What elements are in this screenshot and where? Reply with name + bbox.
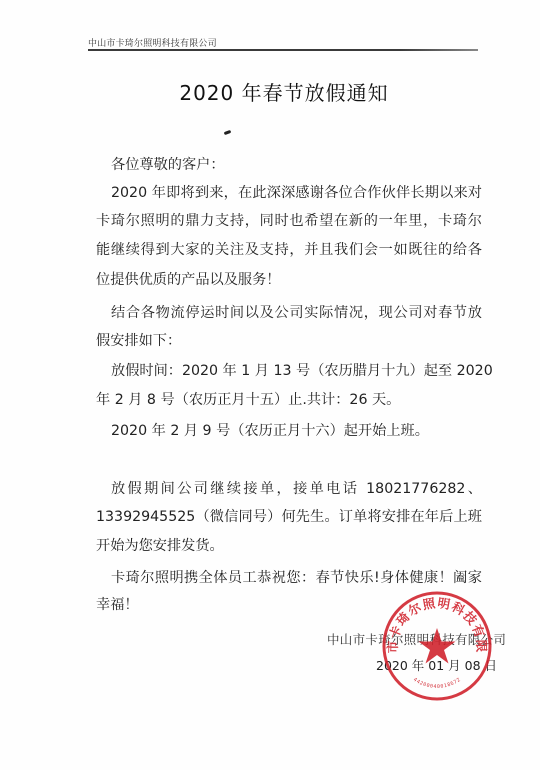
body-line: 年 2 月 8 号（农历正月十五）止.共计：26 天。 xyxy=(96,391,400,409)
body-line: 2020 年 2 月 9 号（农历正月十六）起开始上班。 xyxy=(111,422,429,440)
svg-text:4420004001867Z: 4420004001867Z xyxy=(412,677,462,690)
body-line: 开始为您安排发货。 xyxy=(96,537,224,555)
notice-title: 2020 年春节放假通知 xyxy=(0,77,540,106)
body-line: 假安排如下： xyxy=(96,332,181,350)
body-line: 卡琦尔照明携全体员工恭祝您：春节快乐!身体健康！阖家 xyxy=(111,569,482,587)
body-line: 2020 年即将到来，在此深深感谢各位合作伙伴长期以来对 xyxy=(111,184,482,202)
body-line: 能继续得到大家的关注及支持，并且我们会一如既往的给各 xyxy=(96,241,482,259)
body-line: 幸福！ xyxy=(96,596,139,614)
letterhead-rule xyxy=(88,49,478,51)
body-line: 位提供优质的产品以及服务！ xyxy=(96,271,280,289)
notice-page: 中山市卡琦尔照明科技有限公司 2020 年春节放假通知 各位尊敬的客户： 202… xyxy=(0,0,540,770)
body-line: 结合各物流停运时间以及公司实际情况，现公司对春节放 xyxy=(111,304,482,322)
body-line: 卡琦尔照明的鼎力支持，同时也希望在新的一年里，卡琦尔 xyxy=(96,212,482,230)
company-seal-icon: 中山市卡琦尔照明科技有限公司 4420004001867Z xyxy=(381,590,493,702)
salutation: 各位尊敬的客户： xyxy=(111,156,225,174)
letterhead-company: 中山市卡琦尔照明科技有限公司 xyxy=(88,36,217,49)
body-line: 放假期间公司继续接单，接单电话 18021776282、 xyxy=(111,480,482,498)
body-line: 放假时间：2020 年 1 月 13 号（农历腊月十九）起至 2020 xyxy=(111,362,482,380)
ink-smudge xyxy=(224,130,232,135)
body-line: 13392945525（微信同号）何先生。订单将安排在年后上班 xyxy=(96,508,482,526)
